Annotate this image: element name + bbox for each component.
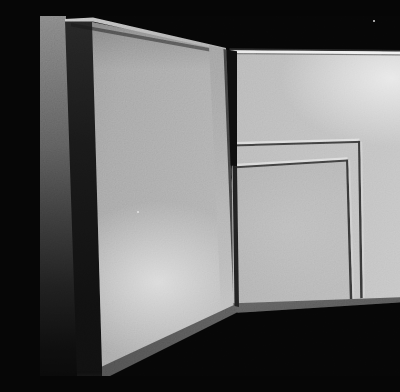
dust-speck — [137, 211, 139, 213]
photo-layers — [40, 16, 400, 376]
portfolio-box-photograph — [40, 16, 400, 376]
dust-speck — [373, 20, 375, 22]
